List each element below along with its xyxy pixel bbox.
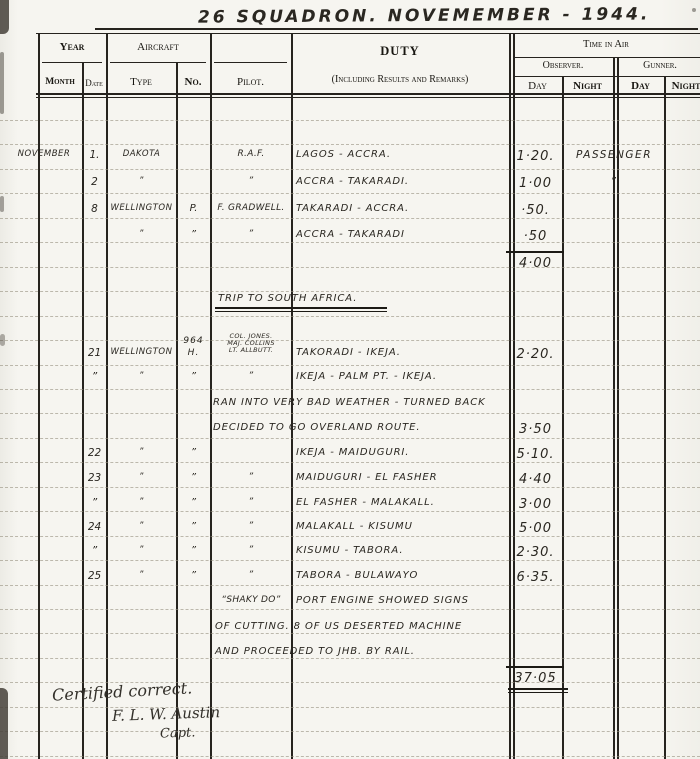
row-line [0, 267, 700, 268]
row-line [0, 438, 700, 439]
grid-vline [562, 76, 564, 759]
grid-hline [214, 62, 287, 63]
column-pilot: Pilot. [210, 76, 291, 88]
grid-hline [36, 93, 700, 95]
scan-artifact [692, 8, 696, 12]
grid-hline [513, 57, 700, 58]
duty-underline [215, 311, 387, 312]
cell-month: NOVEMBER [6, 149, 82, 159]
cell-date: 2 [82, 176, 107, 188]
scan-artifact [0, 688, 8, 759]
cell-type: ” [107, 570, 176, 580]
row-line [0, 120, 700, 121]
scan-artifact [0, 334, 5, 346]
scan-artifact [0, 0, 9, 34]
column-type: Type [106, 76, 176, 88]
column-group-gunner: Gunner. [617, 60, 700, 71]
column-group-observer: Observer. [513, 60, 613, 71]
grid-hline [95, 28, 698, 30]
grid-hline [36, 97, 700, 99]
cell-duty: DECIDED TO GO OVERLAND ROUTE. [213, 422, 510, 433]
cell-pilot: ” [211, 570, 291, 580]
cell-day: 1·00 [509, 176, 562, 191]
grid-vline [613, 57, 615, 759]
cell-no: ” [177, 229, 210, 240]
row-line [0, 633, 700, 634]
column-gunner-night: Night [664, 80, 700, 92]
cell-pilot: ” [211, 371, 291, 381]
row-line [0, 169, 700, 170]
cell-duty: AND PROCEEDED TO JHB. BY RAIL. [215, 646, 510, 657]
row-line [0, 242, 700, 243]
row-line [0, 560, 700, 561]
column-group-aircraft: Aircraft [107, 41, 209, 53]
grid-hline [36, 33, 700, 35]
cell-no: ” [177, 497, 210, 508]
cell-type: ” [107, 371, 176, 381]
row-line [0, 218, 700, 219]
cell-day: ·50 [509, 229, 562, 244]
cell-no: 964H. [177, 335, 210, 359]
cell-type: WELLINGTON [107, 203, 176, 213]
cell-date: 22 [82, 447, 107, 459]
cell-day: 2·30. [509, 545, 562, 560]
cell-day: 5·00 [509, 521, 562, 536]
cell-pilot: ” [211, 497, 291, 507]
row-line [0, 316, 700, 317]
cell-type: WELLINGTON [107, 347, 176, 357]
cell-type: ” [107, 497, 176, 507]
cell-day: 3·00 [509, 497, 562, 512]
cell-date: 24 [82, 521, 107, 533]
cell-day: 4·40 [509, 472, 562, 487]
column-group-time-in-air: Time in Air [513, 39, 699, 50]
row-line [0, 144, 700, 145]
cell-no: ” [177, 570, 210, 581]
cell-night: ” [566, 176, 662, 188]
row-line [0, 756, 700, 757]
cell-duty: RAN INTO VERY BAD WEATHER - TURNED BACK [213, 397, 510, 408]
cell-date: 25 [82, 570, 107, 582]
cell-type: ” [107, 521, 176, 531]
cell-type: ” [107, 176, 176, 186]
row-line [0, 389, 700, 390]
cell-day: 2·20. [509, 347, 562, 362]
cell-duty: ACCRA - TAKARADI. [296, 176, 510, 187]
duty-underline [215, 307, 387, 309]
column-group-year: Year [40, 41, 104, 53]
cell-no: ” [177, 472, 210, 483]
grid-hline [42, 62, 102, 63]
column-month: Month [38, 77, 82, 87]
cell-day: 1·20. [509, 149, 562, 164]
cell-duty: TABORA - BULAWAYO [296, 570, 510, 581]
grid-vline [176, 62, 178, 759]
grid-vline [38, 33, 40, 759]
cell-day: 3·50 [509, 422, 562, 437]
cell-pilot: ” [211, 545, 291, 555]
page-title: 26 SQUADRON. NOVEMEMBER - 1944. [198, 4, 650, 27]
row-line [0, 487, 700, 488]
cell-duty: EL FASHER - MALAKALL. [296, 497, 510, 508]
scan-artifact [0, 196, 4, 212]
row-line [0, 462, 700, 463]
row-line [0, 609, 700, 610]
row-line [0, 340, 700, 341]
row-line [0, 193, 700, 194]
cell-type: ” [107, 447, 176, 457]
total-rule-above [506, 666, 564, 668]
row-line [0, 536, 700, 537]
row-line [0, 365, 700, 366]
cell-duty: LAGOS - ACCRA. [296, 149, 510, 160]
cell-day: ·50. [509, 203, 562, 218]
cell-type: ” [107, 472, 176, 482]
logbook-page: 26 SQUADRON. NOVEMEMBER - 1944. Year Air… [0, 0, 700, 759]
cell-duty: KISUMU - TABORA. [296, 545, 510, 556]
cell-date: 8 [82, 203, 107, 215]
column-gunner-day: Day [617, 80, 664, 92]
cell-date: ” [82, 497, 107, 509]
grid-vline [106, 33, 108, 759]
column-observer-night: Night [562, 80, 613, 92]
cell-pilot: ” [211, 229, 291, 239]
column-observer-day: Day [513, 80, 562, 92]
scan-artifact [0, 52, 4, 114]
row-line [0, 707, 700, 708]
cell-pilot: R.A.F. [211, 149, 291, 159]
column-no: No. [176, 76, 210, 88]
cell-date: ” [82, 371, 107, 383]
cell-night: PASSENGER [566, 149, 662, 161]
cell-pilot: ” [211, 472, 291, 482]
cell-duty: IKEJA - PALM PT. - IKEJA. [296, 371, 510, 382]
row-line [0, 658, 700, 659]
cell-day: 5·10. [509, 447, 562, 462]
cell-no: ” [177, 371, 210, 382]
grid-vline [617, 57, 619, 759]
cell-date: 1. [82, 149, 107, 161]
row-line [0, 585, 700, 586]
cell-no: ” [177, 545, 210, 556]
cell-date: ” [82, 545, 107, 557]
cell-type: ” [107, 545, 176, 555]
row-line [0, 413, 700, 414]
row-line [0, 291, 700, 292]
row-line [0, 511, 700, 512]
cell-duty: TAKARADI - ACCRA. [296, 203, 510, 214]
grid-vline [210, 33, 212, 759]
total-rule-above [506, 251, 564, 253]
cell-no: ” [177, 521, 210, 532]
cell-pilot: ” [211, 176, 291, 186]
column-date: Date [82, 78, 106, 88]
grid-vline [513, 33, 515, 759]
cell-duty: IKEJA - MAIDUGURI. [296, 447, 510, 458]
cell-no: ” [177, 447, 210, 458]
cell-day: 6·35. [509, 570, 562, 585]
cell-pilot: F. GRADWELL. [211, 203, 291, 213]
cell-duty: MAIDUGURI - EL FASHER [296, 472, 510, 483]
cell-duty: OF CUTTING. 8 OF US DESERTED MACHINE [215, 621, 510, 632]
cell-duty: PORT ENGINE SHOWED SIGNS [296, 595, 510, 606]
cell-day: 4·00 [509, 256, 562, 271]
cell-duty: MALAKALL - KISUMU [296, 521, 510, 532]
cell-duty: ACCRA - TAKARADI [296, 229, 510, 240]
grid-vline [664, 76, 666, 759]
column-group-duty: DUTY [292, 44, 508, 59]
row-line [0, 731, 700, 732]
grid-vline [82, 62, 84, 759]
cell-date: 23 [82, 472, 107, 484]
cell-pilot: COL. JONES.MAJ. COLLINSLT. ALLBUTT. [211, 333, 291, 354]
cell-pilot: ” [211, 521, 291, 531]
total-rule-below [508, 692, 568, 693]
cell-date: 21 [82, 347, 107, 359]
cell-day: 37·05 [509, 671, 562, 686]
total-rule-below [508, 688, 568, 690]
column-duty-subtitle: (Including Results and Remarks) [292, 74, 508, 85]
cell-pilot: “SHAKY DO” [211, 595, 291, 605]
cell-type: DAKOTA [107, 149, 176, 159]
cell-duty: TRIP TO SOUTH AFRICA. [218, 293, 510, 304]
signature-name: F. L. W. Austin [112, 703, 221, 725]
cell-type: ” [107, 229, 176, 239]
cell-no: P. [177, 203, 210, 214]
cell-duty: TAKORADI - IKEJA. [296, 347, 510, 358]
signature-rank: Capt. [160, 725, 196, 741]
grid-hline [110, 62, 206, 63]
grid-hline [513, 76, 700, 77]
